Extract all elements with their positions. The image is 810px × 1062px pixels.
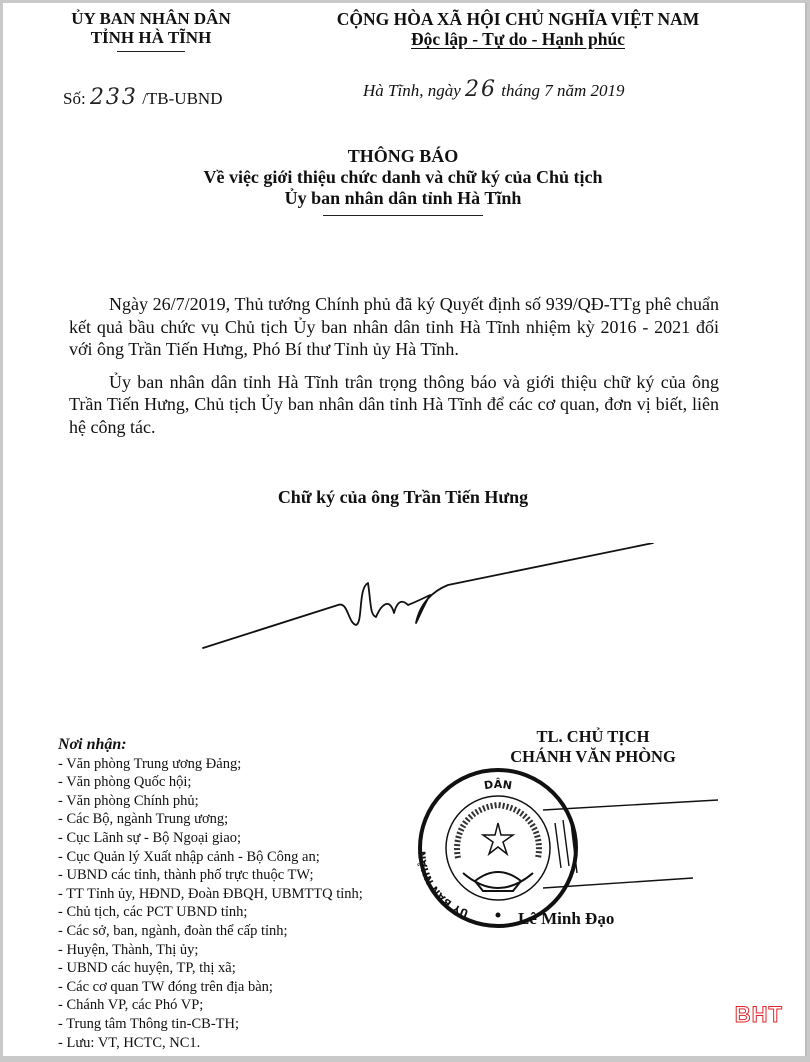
date-suffix: tháng 7 năm 2019	[501, 81, 624, 100]
recipient-item: Các sở, ban, ngành, đoàn thể cấp tỉnh;	[58, 922, 438, 941]
number-suffix: /TB-UBND	[142, 89, 222, 108]
bht-logo: BHT	[735, 1002, 783, 1028]
title-block: THÔNG BÁO Về việc giới thiệu chức danh v…	[153, 146, 653, 216]
number-prefix: Số:	[63, 89, 86, 108]
date-day-handwritten: 26	[465, 77, 497, 102]
motto: Độc lập - Tự do - Hạnh phúc	[288, 29, 748, 49]
body-text: Ngày 26/7/2019, Thủ tướng Chính phủ đã k…	[69, 293, 719, 448]
recipient-item: Cục Lãnh sự - Bộ Ngoại giao;	[58, 829, 438, 848]
recipient-item: TT Tỉnh ủy, HĐND, Đoàn ĐBQH, UBMTTQ tỉnh…	[58, 885, 438, 904]
title-rule	[323, 215, 483, 216]
recipient-item: Các Bộ, ngành Trung ương;	[58, 810, 438, 829]
recipient-item: Chủ tịch, các PCT UBND tỉnh;	[58, 903, 438, 922]
signing-line1: TL. CHỦ TỊCH	[473, 727, 713, 747]
title-sub1: Về việc giới thiệu chức danh và chữ ký c…	[153, 167, 653, 188]
recipient-item: UBND các tỉnh, thành phố trực thuộc TW;	[58, 866, 438, 885]
document-page: ỦY BAN NHÂN DÂN TỈNH HÀ TĨNH Số: 233 /TB…	[3, 3, 807, 1056]
signer-name: Lê Minh Đạo	[518, 909, 614, 929]
stamp-text-top: DÂN	[483, 778, 513, 792]
document-number: Số: 233 /TB-UBND	[63, 85, 222, 110]
recipient-item: UBND các huyện, TP, thị xã;	[58, 959, 438, 978]
paragraph-2: Ủy ban nhân dân tỉnh Hà Tĩnh trân trọng …	[69, 371, 719, 439]
recipient-item: Trung tâm Thông tin-CB-TH;	[58, 1015, 438, 1034]
recipient-item: Văn phòng Trung ương Đảng;	[58, 755, 438, 774]
signature-caption: Chữ ký của ông Trần Tiến Hưng	[203, 487, 603, 508]
issuer-line2: TỈNH HÀ TĨNH	[31, 28, 271, 47]
date-line: Hà Tĩnh, ngày 26 tháng 7 năm 2019	[363, 77, 625, 102]
recipient-item: Lưu: VT, HCTC, NC1.	[58, 1034, 438, 1053]
date-prefix: Hà Tĩnh, ngày	[363, 81, 461, 100]
recipient-item: Văn phòng Chính phủ;	[58, 792, 438, 811]
issuer-rule	[117, 51, 185, 52]
recipients-list: Văn phòng Trung ương Đảng; Văn phòng Quố…	[58, 755, 438, 1053]
issuer-block: ỦY BAN NHÂN DÂN TỈNH HÀ TĨNH	[31, 9, 271, 52]
title-sub2: Ủy ban nhân dân tỉnh Hà Tĩnh	[153, 188, 653, 209]
recipients-block: Nơi nhận: Văn phòng Trung ương Đảng; Văn…	[58, 736, 438, 1052]
title-main: THÔNG BÁO	[153, 146, 653, 167]
issuer-line1: ỦY BAN NHÂN DÂN	[31, 9, 271, 28]
nation-block: CỘNG HÒA XÃ HỘI CHỦ NGHĨA VIỆT NAM Độc l…	[288, 9, 748, 49]
number-handwritten: 233	[90, 85, 138, 110]
recipient-item: Cục Quản lý Xuất nhập cảnh - Bộ Công an;	[58, 848, 438, 867]
specimen-signature-icon	[198, 543, 658, 663]
nation-title: CỘNG HÒA XÃ HỘI CHỦ NGHĨA VIỆT NAM	[288, 9, 748, 29]
recipient-item: Chánh VP, các Phó VP;	[58, 996, 438, 1015]
recipients-heading: Nơi nhận:	[58, 736, 438, 755]
chief-signature-icon	[543, 798, 723, 908]
recipient-item: Huyện, Thành, Thị ủy;	[58, 941, 438, 960]
recipient-item: Văn phòng Quốc hội;	[58, 773, 438, 792]
svg-text:DÂN: DÂN	[483, 778, 513, 792]
signing-block: TL. CHỦ TỊCH CHÁNH VĂN PHÒNG	[473, 727, 713, 767]
recipient-item: Các cơ quan TW đóng trên địa bàn;	[58, 978, 438, 997]
paragraph-1: Ngày 26/7/2019, Thủ tướng Chính phủ đã k…	[69, 293, 719, 361]
